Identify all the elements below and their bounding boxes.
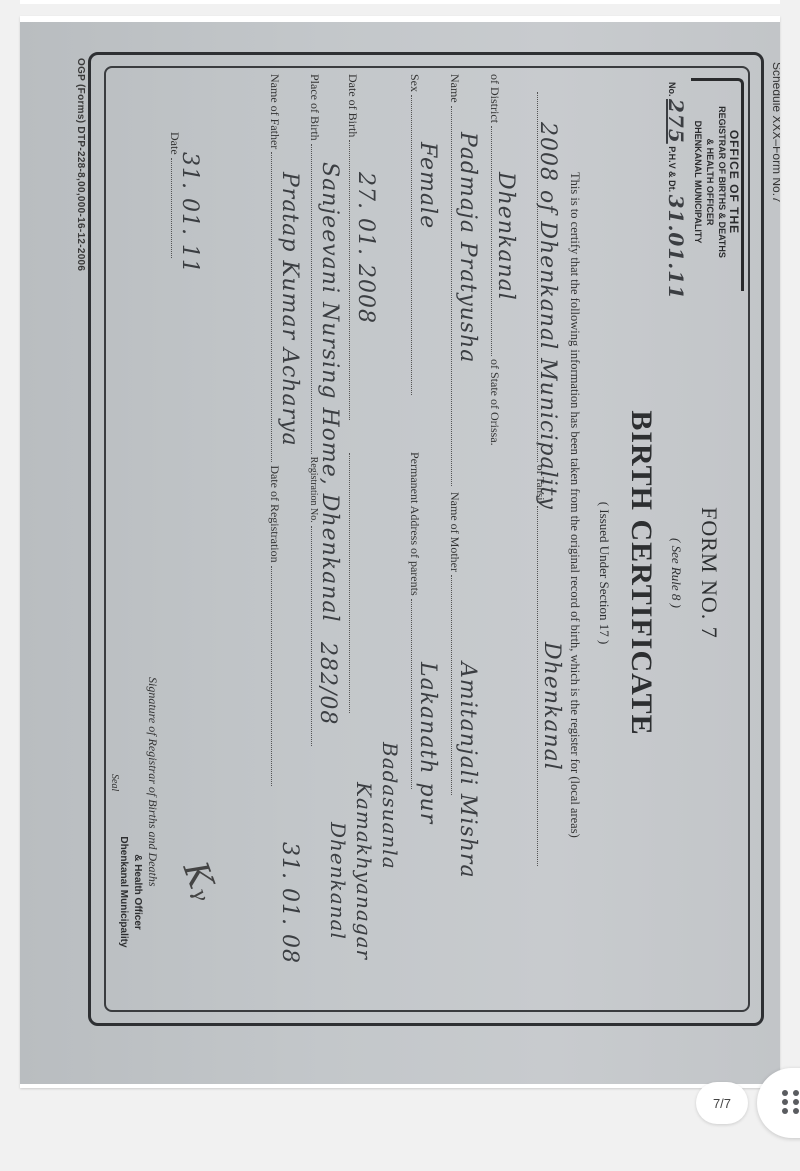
birth-certificate: Schedule XXX–Form No.7 OFFICE OF THE REG… [20, 22, 780, 1084]
name-value: Padmaja Pratyusha [455, 132, 480, 363]
page-indicator: 7/7 [696, 1082, 748, 1124]
signature-stamp: & Health Officer Dhenkanal Municipality [116, 792, 144, 992]
reg-date-label: Date of Registration [268, 465, 282, 562]
father-value: Pratap Kumar Acharya [277, 172, 302, 447]
certificate-title: BIRTH CERTIFICATE [624, 22, 658, 1084]
certificate-photo: Schedule XXX–Form No.7 OFFICE OF THE REG… [20, 22, 780, 1084]
sex-value: Female [415, 142, 440, 229]
signature-title-3: Dhenkanal Municipality [116, 792, 130, 992]
tahsil-value: Dhenkanal [539, 642, 564, 771]
reg-date-value: 31. 01. 08 [277, 842, 302, 964]
name-label: Name [448, 74, 462, 103]
see-rule: ( See Rule 8 ) [668, 22, 684, 1084]
signature-title-2: & Health Officer [130, 792, 144, 992]
sex-row: Sex [407, 74, 422, 395]
local-area-value: 2008 of Dhenkanal Municipality [535, 122, 560, 510]
footer-code: OGP (Forms) DTP-228-8,00,000-16-12-2006 [75, 58, 86, 271]
grid-dots-icon [782, 1090, 800, 1116]
reg-no-value: 282/08 [315, 642, 340, 725]
father-label: Name of Father [268, 74, 282, 149]
schedule-label: Schedule XXX–Form No.7 [770, 62, 780, 203]
address-label: Permanent Address of parents [408, 452, 422, 596]
issued-under: ( Issued Under Section 17 ) [596, 22, 612, 1084]
seal-label: Seal [109, 774, 120, 791]
mother-label: Name of Mother [448, 492, 462, 572]
dob-value: 27. 01. 2008 [353, 172, 378, 324]
pob-label: Place of Birth [308, 74, 322, 141]
mother-value: Amitanjali Mishra [455, 662, 480, 879]
pob-value: Sanjeevani Nursing Home, Dhenkanal [317, 162, 342, 623]
date-value: 31. 01. 11 [177, 152, 202, 274]
dob-label: Date of Birth [346, 74, 360, 137]
signature-label: Signature of Registrar of Births and Dea… [145, 677, 160, 887]
address-line-3: Kamakhyanagar [352, 782, 376, 960]
address-line-2: Badasuanla [378, 742, 402, 870]
sex-label: Sex [408, 74, 422, 92]
address-line-4: Dhenkanal [326, 822, 350, 940]
certify-text: This is to certify that the following in… [567, 172, 582, 838]
dob-row: Date of Birth [345, 74, 360, 713]
state-label: of State of Orissa. [488, 359, 502, 446]
previous-page-edge [20, 0, 780, 4]
district-value: Dhenkanal [493, 172, 518, 301]
district-label: of District [488, 74, 502, 123]
stamp-line-1: OFFICE OF THE [728, 82, 740, 282]
address-line-1: Lakanath pur [415, 662, 440, 824]
form-number: FORM NO. 7 [696, 22, 722, 1084]
